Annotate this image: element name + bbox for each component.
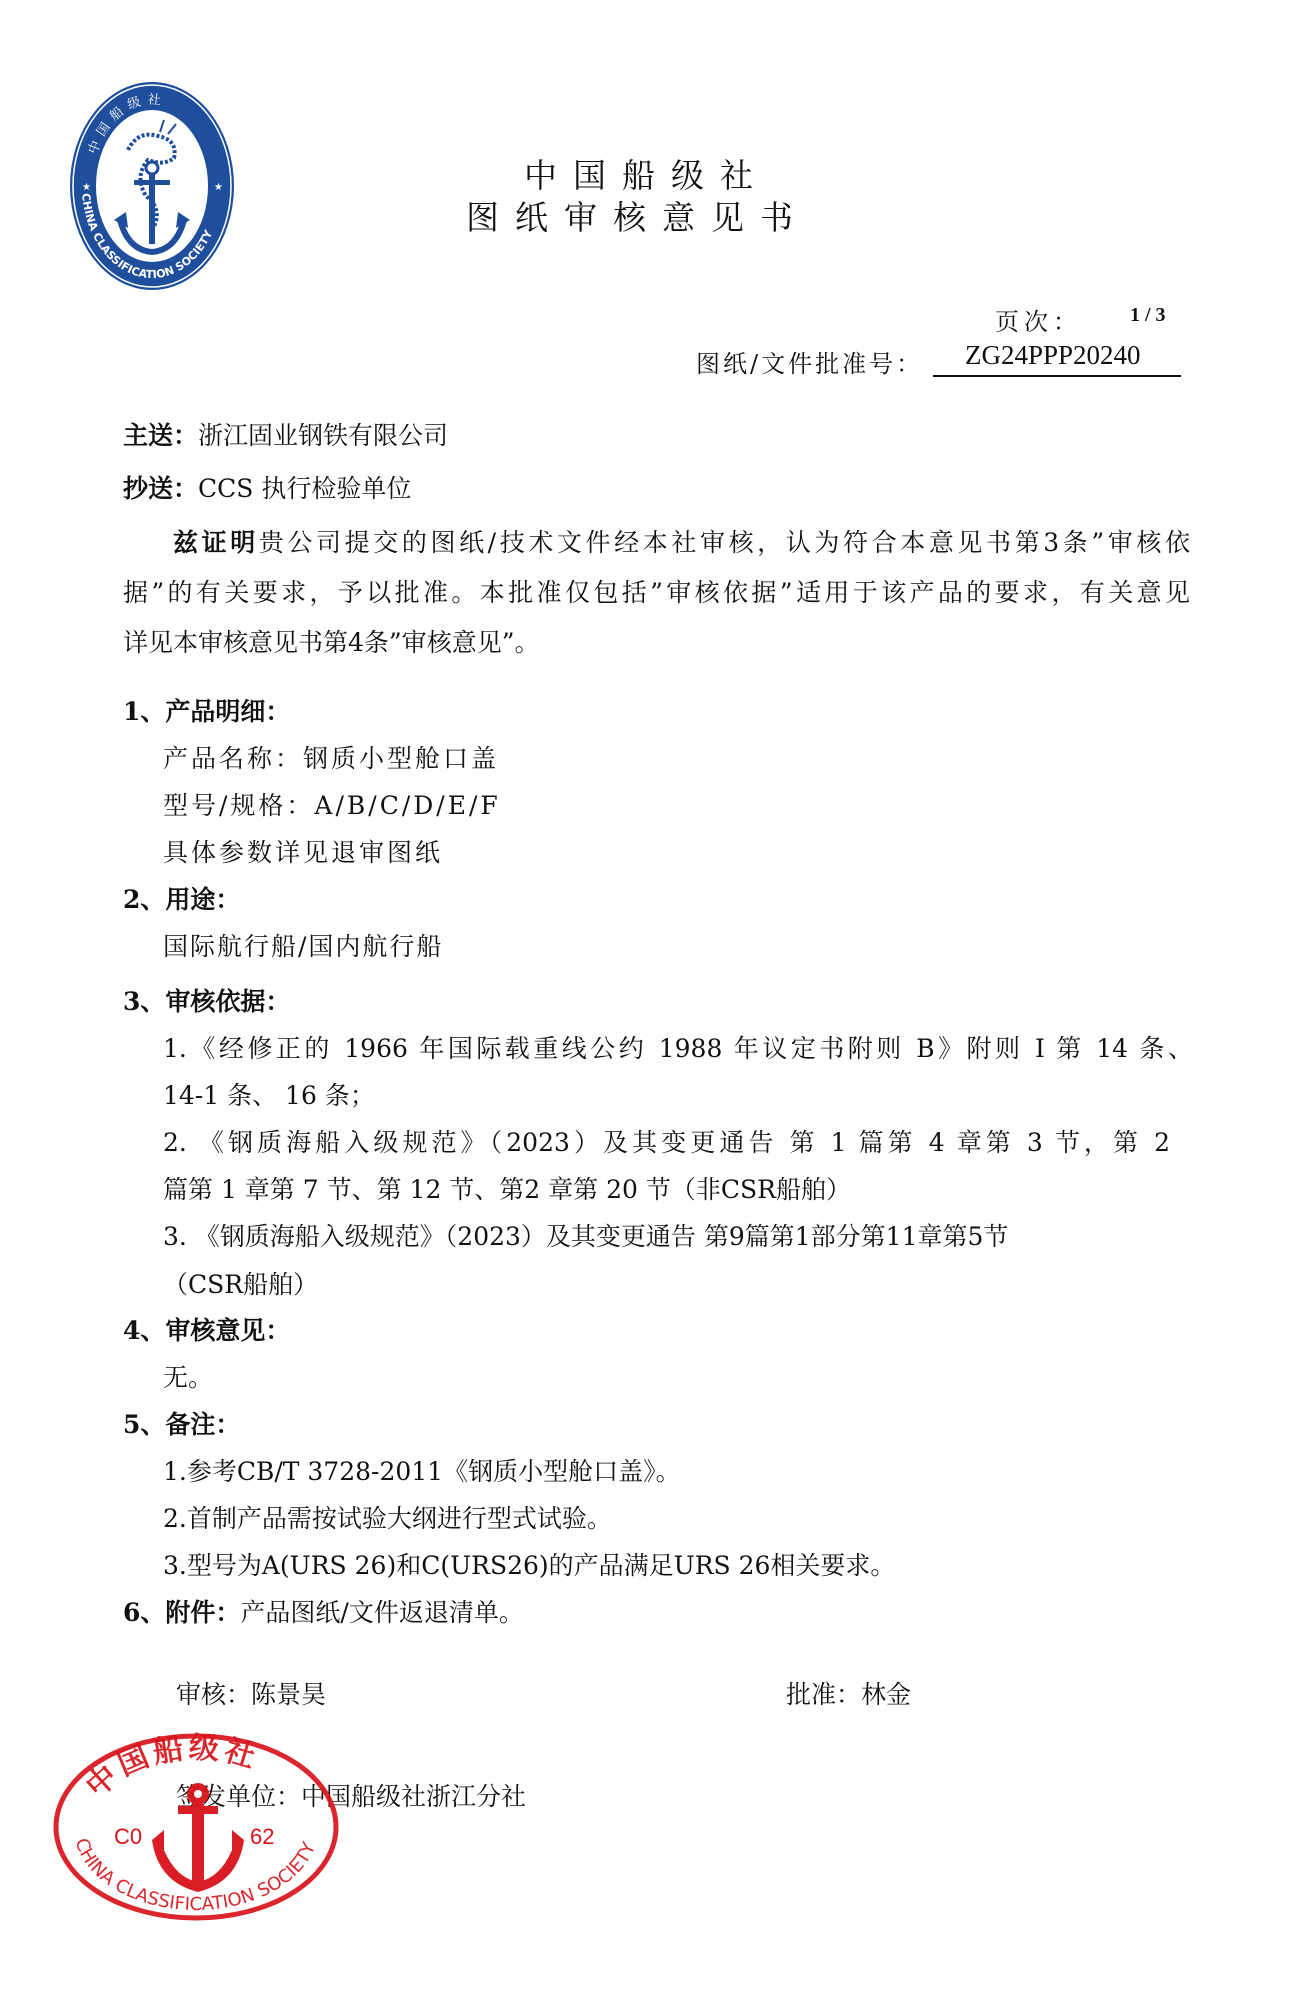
intro-line-1: 兹证明贵公司提交的图纸/技术文件经本社审核，认为符合本意见书第3条”审核依 [173,528,1190,558]
basis-line-1: 1.《经修正的 1966 年国际载重线公约 1988 年议定书附则 B》附则 I… [163,1034,1193,1064]
title-org: 中国船级社 [524,150,769,197]
seal-anchor-icon: 中国船级社 CHINA CLASSIFICATION SOCIETY C0 62 [52,1732,340,1922]
basis-line-3: 2. 《钢质海船入级规范》（2023）及其变更通告 第 1 篇第 4 章第 3 … [163,1128,1170,1158]
product-name: 产品名称：钢质小型舱口盖 [163,744,499,774]
section-1-heading: 1、产品明细： [123,697,290,727]
product-model: 型号/规格：A/B/C/D/E/F [163,791,501,821]
svg-text:C0: C0 [114,1824,142,1849]
cc-recipient-value: CCS 执行检验单位 [198,474,411,503]
svg-text:★: ★ [82,182,91,193]
section-5-heading: 5、备注： [123,1410,240,1440]
section-4-heading: 4、审核意见： [123,1316,290,1346]
reviewer-name: 陈景昊 [251,1680,326,1709]
approval-number: ZG24PPP20240 [965,340,1141,371]
remark-3: 3.型号为A(URS 26)和C(URS26)的产品满足URS 26相关要求。 [163,1551,895,1581]
section-2-heading: 2、用途： [123,885,240,915]
svg-text:★: ★ [214,182,223,193]
official-seal: 中国船级社 CHINA CLASSIFICATION SOCIETY C0 62 [52,1732,340,1922]
page-number: 1 / 3 [1130,304,1166,327]
reviewer: 审核：陈景昊 [176,1680,326,1710]
basis-line-6: （CSR船舶） [163,1270,318,1300]
dragon-anchor-emblem-icon: 中国船级社 CHINA CLASSIFICATION SOCIETY ★ ★ [68,80,236,292]
approver-name: 林金 [861,1680,911,1709]
usage-value: 国际航行船/国内航行船 [163,932,443,962]
main-recipient: 主送：浙江固业钢铁有限公司 [123,421,448,451]
section-3-heading: 3、审核依据： [123,987,290,1017]
review-opinion-value: 无。 [163,1363,213,1393]
basis-line-5: 3. 《钢质海船入级规范》（2023）及其变更通告 第9篇第1部分第11章第5节 [163,1222,1008,1252]
approval-number-underline [933,375,1181,377]
intro-lead: 兹证明 [173,528,259,557]
product-params: 具体参数详见退审图纸 [163,838,443,868]
title-doc: 图纸审核意见书 [466,192,809,239]
approver-label: 批准： [786,1680,861,1709]
reviewer-label: 审核： [176,1680,251,1709]
cc-recipient: 抄送：CCS 执行检验单位 [123,474,411,504]
remark-1: 1.参考CB/T 3728-2011《钢质小型舱口盖》。 [163,1457,681,1487]
main-recipient-value: 浙江固业钢铁有限公司 [198,421,448,450]
ccs-logo: 中国船级社 CHINA CLASSIFICATION SOCIETY ★ ★ [68,80,236,292]
basis-line-2: 14-1 条、 16 条； [163,1081,375,1111]
intro-line-3: 详见本审核意见书第4条”审核意见”。 [123,628,539,658]
remark-2: 2.首制产品需按试验大纲进行型式试验。 [163,1504,612,1534]
approval-label: 图纸/文件批准号： [696,344,923,379]
section-6: 6、附件：产品图纸/文件返退清单。 [123,1598,524,1628]
svg-text:中国船级社: 中国船级社 [79,1732,263,1805]
main-recipient-label: 主送： [123,421,198,450]
page-label: 页次： [995,302,1082,337]
svg-text:62: 62 [250,1824,274,1849]
approver: 批准：林金 [786,1680,911,1710]
attachment-value: 产品图纸/文件返退清单。 [240,1598,523,1627]
intro-line-2: 据”的有关要求，予以批准。本批准仅包括”审核依据”适用于该产品的要求，有关意见 [123,578,1190,608]
section-6-heading: 6、附件： [123,1598,240,1627]
cc-recipient-label: 抄送： [123,474,198,503]
basis-line-4: 篇第 1 章第 7 节、第 12 节、第2 章第 20 节（非CSR船舶） [163,1175,851,1205]
